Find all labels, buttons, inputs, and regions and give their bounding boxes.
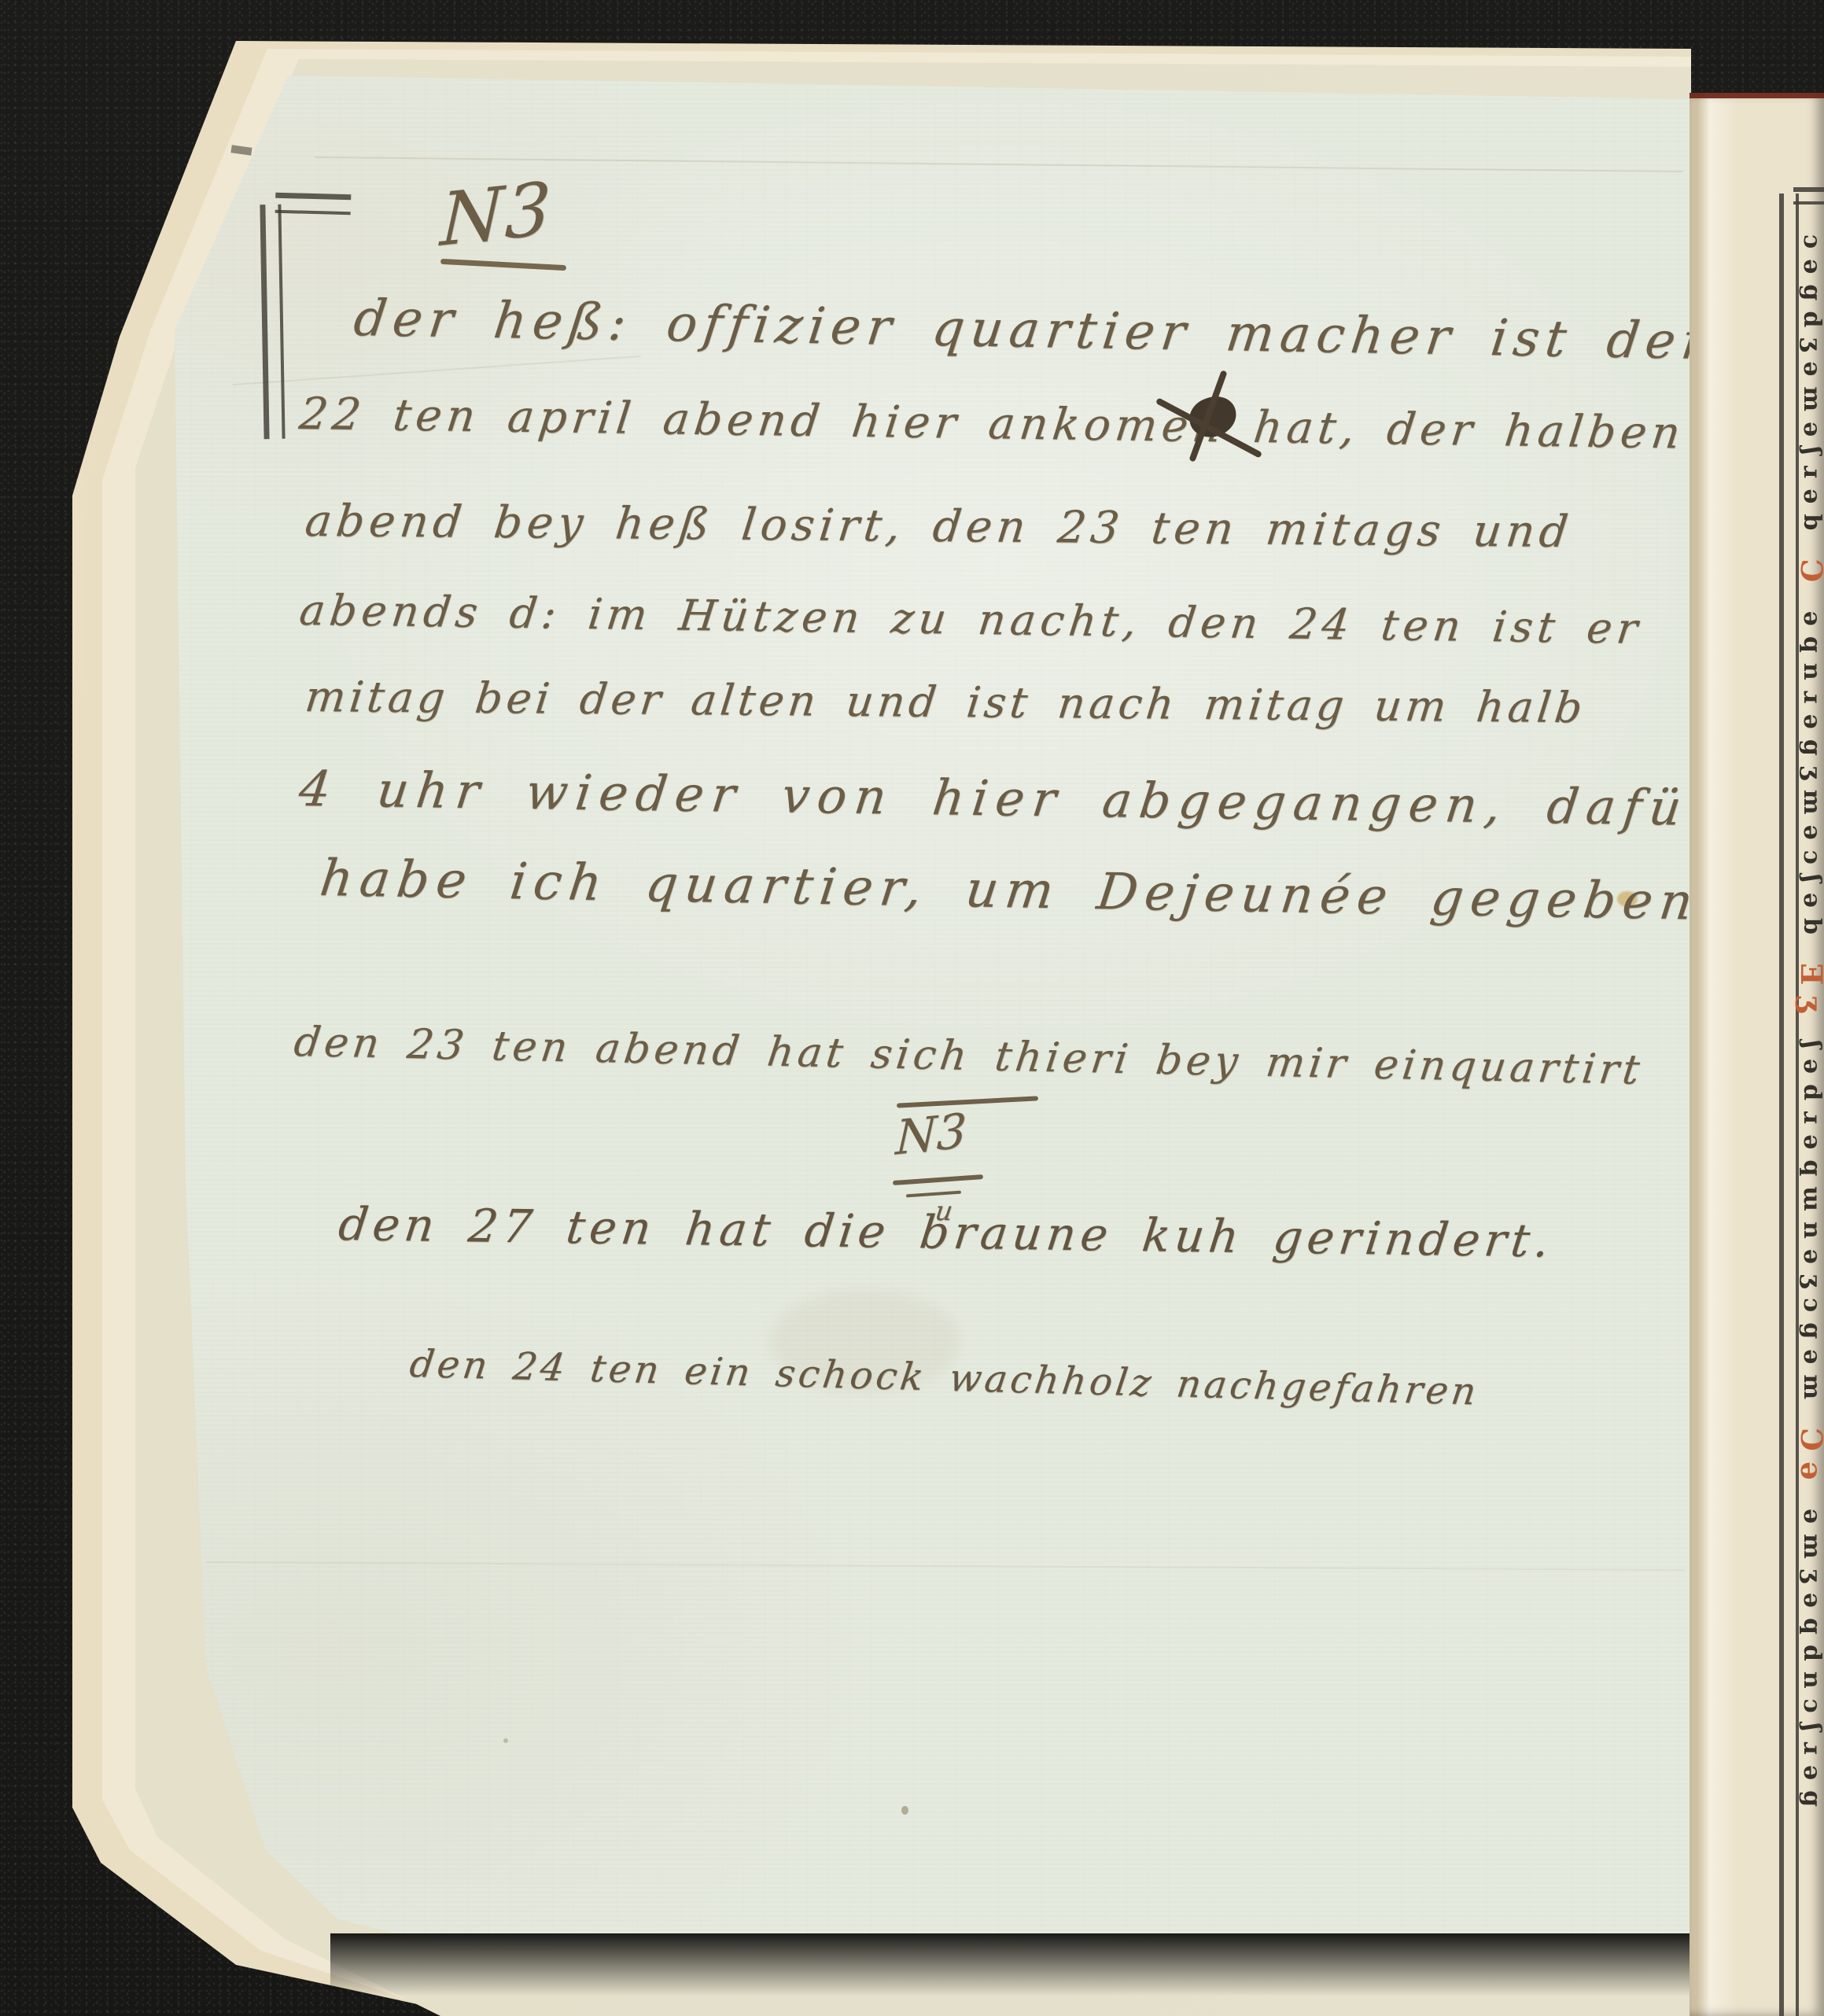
glyph-run: ɔǝgdʒǝmǝʃɹǝb: [1798, 234, 1824, 540]
glyph-run: Ǝʒ: [1794, 963, 1824, 1022]
glyph-run: Ɔ: [1794, 559, 1824, 592]
photographed-manuscript-scene: N3 der heß: offizier quartier macher ist…: [0, 0, 1824, 2016]
glyph-run: ǝqnɹǝgʒmǝɔʃǝb: [1798, 611, 1824, 945]
adjacent-printed-page-edge: ɔǝgdʒǝmǝʃɹǝb Ɔ ǝqnɹǝgʒmǝɔʃǝb Ǝʒ ʃǝdɹǝqɯn…: [1690, 93, 1824, 2016]
mid-mark: N3: [895, 1104, 968, 1166]
adjacent-page-sideways-text: ɔǝgdʒǝmǝʃɹǝb Ɔ ǝqnɹǝgʒmǝɔʃǝb Ǝʒ ʃǝdɹǝqɯn…: [1800, 234, 1824, 2012]
glyph-run: Ɔǝ: [1794, 1428, 1824, 1491]
printed-corner-bracket-horizontal: [275, 193, 352, 216]
header-mark: N3: [439, 166, 554, 263]
printed-corner-bracket-vertical: [260, 205, 285, 439]
glyph-run: ǝmʒǝqdnɔʃɹǝg: [1798, 1509, 1824, 1817]
printed-frame-rule-vertical: [1779, 193, 1799, 2016]
adjacent-page-red-edge-line: [1690, 93, 1824, 98]
glyph-run: ʃǝdɹǝqɯnǝʒɔgǝm: [1798, 1041, 1824, 1410]
